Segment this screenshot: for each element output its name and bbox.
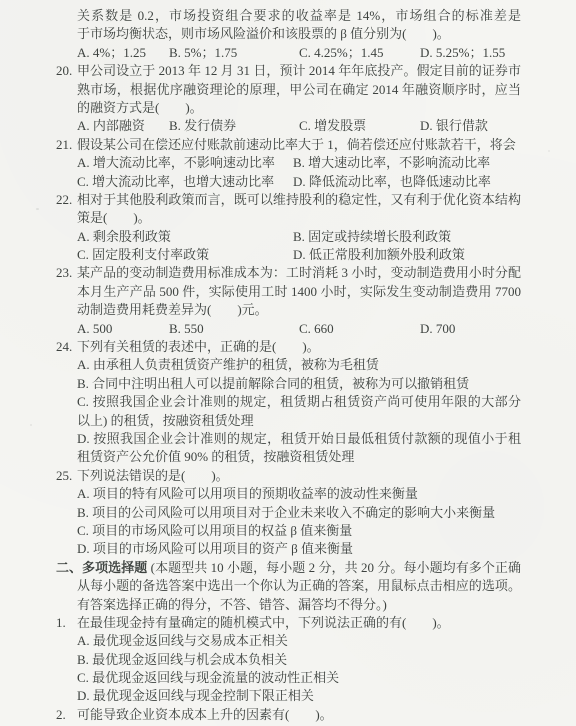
text-line: 二、多项选择题 (本题型共 10 小题，每小题 2 分，共 20 分。每小题均有… bbox=[56, 559, 521, 577]
line-text: C. 按照我国企业会计准则的规定，租赁期占租赁资产尚可使用年限的大部分 (75%… bbox=[77, 393, 521, 411]
option-cell: C. 660 bbox=[299, 320, 420, 338]
question-number bbox=[56, 430, 77, 448]
option-cell: D. 银行借款 bbox=[420, 117, 521, 135]
option-cell: A. 500 bbox=[77, 320, 169, 338]
line-segment: 动制造费用耗费差异为( )元。 bbox=[77, 302, 268, 317]
option-cell: D. 5.25%；1.55 bbox=[420, 44, 521, 62]
options-line: A. 4%；1.25B. 5%；1.75C. 4.25%；1.45D. 5.25… bbox=[56, 44, 521, 62]
option-cell: D. 低正常股利加额外股利政策 bbox=[293, 246, 521, 264]
question-number: 2. bbox=[56, 706, 77, 724]
question-number bbox=[56, 228, 77, 246]
line-segment: 有答案选择正确的得分，不答、错答、漏答均不得分。) bbox=[77, 597, 387, 612]
question-number: 21. bbox=[56, 136, 77, 154]
line-text: 的融资方式是( )。 bbox=[77, 99, 521, 117]
line-segment: 甲公司设立于 2013 年 12 月 31 日，预计 2014 年年底投产。假定… bbox=[77, 63, 521, 80]
option-cell: A. 内部融资 bbox=[77, 117, 169, 135]
text-line: C. 项目的市场风险可以用项目的权益 β 值来衡量 bbox=[56, 522, 521, 540]
line-segment: 在最佳现金持有量确定的随机模式中，下列说法正确的有( )。 bbox=[77, 615, 450, 630]
option-cell: B. 固定或持续增长股利政策 bbox=[293, 228, 521, 246]
question-number bbox=[56, 669, 77, 687]
option-cell: A. 4%；1.25 bbox=[77, 44, 169, 62]
question-number bbox=[56, 412, 77, 430]
question-number bbox=[56, 301, 77, 319]
options-row: C. 固定股利支付率政策D. 低正常股利加额外股利政策 bbox=[77, 246, 521, 264]
question-number bbox=[56, 485, 77, 503]
options-line: A. 内部融资B. 发行债券C. 增发股票D. 银行借款 bbox=[56, 117, 521, 135]
question-number: 23. bbox=[56, 264, 77, 282]
options-line: C. 增大流动比率，也增大速动比率D. 降低流动比率，也降低速动比率 bbox=[56, 173, 521, 191]
text-line: D. 项目的市场风险可以用项目的资产 β 值来衡量 bbox=[56, 540, 521, 558]
question-number bbox=[56, 448, 77, 466]
question-number bbox=[56, 522, 77, 540]
text-line: A. 最优现金返回线与交易成本正相关 bbox=[56, 632, 521, 650]
options-row: A. 4%；1.25B. 5%；1.75C. 4.25%；1.45D. 5.25… bbox=[77, 44, 521, 62]
line-segment: B. 合同中注明出租人可以提前解除合同的租赁，被称为可以撤销租赁 bbox=[77, 376, 469, 391]
text-line: 熟市场，根据优序融资理论的原理，甲公司在确定 2014 年融资顺序时，应当优先考… bbox=[56, 81, 521, 99]
line-segment: 某产品的变动制造费用标准成本为：工时消耗 3 小时，变动制造费用小时分配率 5 … bbox=[77, 265, 521, 282]
line-text: B. 最优现金返回线与机会成本负相关 bbox=[77, 651, 521, 669]
line-text: D. 最优现金返回线与现金控制下限正相关 bbox=[77, 687, 521, 705]
line-text: 下列有关租赁的表述中，正确的是( )。 bbox=[77, 338, 521, 356]
line-text: 熟市场，根据优序融资理论的原理，甲公司在确定 2014 年融资顺序时，应当优先考… bbox=[77, 81, 521, 99]
option-cell: C. 固定股利支付率政策 bbox=[77, 246, 293, 264]
line-segment: 熟市场，根据优序融资理论的原理，甲公司在确定 2014 年融资顺序时，应当优先考… bbox=[77, 82, 521, 99]
line-text: 多项选择题 (本题型共 10 小题，每小题 2 分，共 20 分。每小题均有多个… bbox=[82, 559, 521, 577]
question-number bbox=[56, 117, 77, 135]
line-segment: C. 最优现金返回线与现金流量的波动性正相关 bbox=[77, 670, 339, 685]
text-line: 关系数是 0.2，市场投资组合要求的收益率是 14%，市场组合的标准差是 4%，… bbox=[56, 7, 521, 25]
line-segment: 以上) 的租赁，按融资租赁处理 bbox=[77, 413, 254, 428]
question-number bbox=[56, 209, 77, 227]
line-text: C. 项目的市场风险可以用项目的权益 β 值来衡量 bbox=[77, 522, 521, 540]
text-line: D. 按照我国企业会计准则的规定，租赁开始日最低租赁付款额的现值小于租赁开始日 bbox=[56, 430, 521, 448]
option-cell: D. 700 bbox=[420, 320, 521, 338]
options-row: A. 增大流动比率，不影响速动比率B. 增大速动比率，不影响流动比率 bbox=[77, 154, 521, 172]
question-number: 22. bbox=[56, 191, 77, 209]
line-segment: D. 最优现金返回线与现金控制下限正相关 bbox=[77, 688, 314, 703]
question-number bbox=[56, 99, 77, 117]
text-line: 动制造费用耗费差异为( )元。 bbox=[56, 301, 521, 319]
text-line: 有答案选择正确的得分，不答、错答、漏答均不得分。) bbox=[56, 596, 521, 614]
text-line: 以上) 的租赁，按融资租赁处理 bbox=[56, 412, 521, 430]
question-number: 24. bbox=[56, 338, 77, 356]
question-number bbox=[56, 283, 77, 301]
scan-speckle bbox=[30, 424, 32, 426]
options-line: A. 增大流动比率，不影响速动比率B. 增大速动比率，不影响流动比率 bbox=[56, 154, 521, 172]
text-line: 于市场均衡状态，则市场风险溢价和该股票的 β 值分别为( )。 bbox=[56, 25, 521, 43]
line-segment: 本月生产产品 500 件，实际使用工时 1400 小时，实际发生变动制造费用 7… bbox=[77, 284, 521, 301]
question-number bbox=[56, 154, 77, 172]
line-text: 可能导致企业资本成本上升的因素有( )。 bbox=[77, 706, 521, 724]
line-text: 关系数是 0.2，市场投资组合要求的收益率是 14%，市场组合的标准差是 4%，… bbox=[77, 7, 521, 25]
question-number bbox=[56, 375, 77, 393]
question-number: 1. bbox=[56, 614, 77, 632]
question-number bbox=[56, 393, 77, 411]
line-text: D. 项目的市场风险可以用项目的资产 β 值来衡量 bbox=[77, 540, 521, 558]
options-row: A. 500B. 550C. 660D. 700 bbox=[77, 320, 521, 338]
question-number: 25. bbox=[56, 467, 77, 485]
option-cell: C. 增大流动比率，也增大速动比率 bbox=[77, 173, 293, 191]
text-line: 22.相对于其他股利政策而言，既可以维持股利的稳定性，又有利于优化资本结构的股利… bbox=[56, 191, 521, 209]
line-segment: A. 由承租人负责租赁资产维护的租赁，被称为毛租赁 bbox=[77, 357, 379, 372]
line-segment: A. 项目的特有风险可以用项目的预期收益率的波动性来衡量 bbox=[77, 486, 418, 501]
text-line: A. 项目的特有风险可以用项目的预期收益率的波动性来衡量 bbox=[56, 485, 521, 503]
options-row: A. 剩余股利政策B. 固定或持续增长股利政策 bbox=[77, 228, 521, 246]
line-text: 策是( )。 bbox=[77, 209, 521, 227]
option-cell: A. 剩余股利政策 bbox=[77, 228, 293, 246]
question-number bbox=[56, 632, 77, 650]
line-text: B. 合同中注明出租人可以提前解除合同的租赁，被称为可以撤销租赁 bbox=[77, 375, 521, 393]
option-cell: B. 增大速动比率，不影响流动比率 bbox=[293, 154, 521, 172]
text-line: 本月生产产品 500 件，实际使用工时 1400 小时，实际发生变动制造费用 7… bbox=[56, 283, 521, 301]
line-segment: 于市场均衡状态，则市场风险溢价和该股票的 β 值分别为( )。 bbox=[77, 26, 450, 41]
scan-speckle bbox=[548, 150, 550, 152]
line-segment: 关系数是 0.2，市场投资组合要求的收益率是 14%，市场组合的标准差是 4%，… bbox=[77, 8, 521, 25]
text-line: B. 合同中注明出租人可以提前解除合同的租赁，被称为可以撤销租赁 bbox=[56, 375, 521, 393]
option-cell: B. 发行债券 bbox=[169, 117, 299, 135]
line-text: 某产品的变动制造费用标准成本为：工时消耗 3 小时，变动制造费用小时分配率 5 … bbox=[77, 264, 521, 282]
text-line: C. 按照我国企业会计准则的规定，租赁期占租赁资产尚可使用年限的大部分 (75%… bbox=[56, 393, 521, 411]
options-line: A. 500B. 550C. 660D. 700 bbox=[56, 320, 521, 338]
text-line: 24.下列有关租赁的表述中，正确的是( )。 bbox=[56, 338, 521, 356]
line-segment: 相对于其他股利政策而言，既可以维持股利的稳定性，又有利于优化资本结构的股利政 bbox=[77, 192, 521, 209]
text-line: 租赁资产公允价值 90% 的租赁，按融资租赁处理 bbox=[56, 448, 521, 466]
line-text: 以上) 的租赁，按融资租赁处理 bbox=[77, 412, 521, 430]
line-segment: 可能导致企业资本成本上升的因素有( )。 bbox=[77, 707, 333, 722]
options-line: A. 剩余股利政策B. 固定或持续增长股利政策 bbox=[56, 228, 521, 246]
line-text: 下列说法错误的是( )。 bbox=[77, 467, 521, 485]
line-text: 相对于其他股利政策而言，既可以维持股利的稳定性，又有利于优化资本结构的股利政 bbox=[77, 191, 521, 209]
line-segment: 假设某公司在偿还应付账款前速动比率大于 1，倘若偿还应付账款若干，将会( )。 bbox=[77, 137, 516, 154]
line-text: 有答案选择正确的得分，不答、错答、漏答均不得分。) bbox=[77, 596, 521, 614]
option-cell: D. 降低流动比率，也降低速动比率 bbox=[293, 173, 521, 191]
line-text: 租赁资产公允价值 90% 的租赁，按融资租赁处理 bbox=[77, 448, 521, 466]
options-row: A. 内部融资B. 发行债券C. 增发股票D. 银行借款 bbox=[77, 117, 521, 135]
text-line: 2.可能导致企业资本成本上升的因素有( )。 bbox=[56, 706, 521, 724]
text-line: A. 由承租人负责租赁资产维护的租赁，被称为毛租赁 bbox=[56, 356, 521, 374]
question-number bbox=[56, 7, 77, 25]
option-cell: B. 550 bbox=[169, 320, 299, 338]
question-number bbox=[56, 44, 77, 62]
text-line: 策是( )。 bbox=[56, 209, 521, 227]
line-segment: 从每小题的备选答案中选出一个你认为正确的答案，用鼠标点击相应的选项。每小题所 bbox=[77, 578, 521, 595]
text-line: 25.下列说法错误的是( )。 bbox=[56, 467, 521, 485]
question-number bbox=[56, 356, 77, 374]
line-segment: B. 项目的公司风险可以用项目对于企业未来收入不确定的影响大小来衡量 bbox=[77, 505, 495, 520]
line-segment: A. 最优现金返回线与交易成本正相关 bbox=[77, 633, 288, 648]
question-number bbox=[56, 651, 77, 669]
option-cell: B. 5%；1.75 bbox=[169, 44, 299, 62]
line-text: A. 最优现金返回线与交易成本正相关 bbox=[77, 632, 521, 650]
option-cell: C. 4.25%；1.45 bbox=[299, 44, 420, 62]
text-line: 23.某产品的变动制造费用标准成本为：工时消耗 3 小时，变动制造费用小时分配率… bbox=[56, 264, 521, 282]
question-number bbox=[56, 577, 77, 595]
line-segment: 下列有关租赁的表述中，正确的是( )。 bbox=[77, 339, 320, 354]
exam-page: 关系数是 0.2，市场投资组合要求的收益率是 14%，市场组合的标准差是 4%，… bbox=[0, 0, 576, 726]
document-body: 关系数是 0.2，市场投资组合要求的收益率是 14%，市场组合的标准差是 4%，… bbox=[56, 7, 521, 724]
line-text: 动制造费用耗费差异为( )元。 bbox=[77, 301, 521, 319]
question-number bbox=[56, 246, 77, 264]
line-text: D. 按照我国企业会计准则的规定，租赁开始日最低租赁付款额的现值小于租赁开始日 bbox=[77, 430, 521, 448]
line-text: A. 由承租人负责租赁资产维护的租赁，被称为毛租赁 bbox=[77, 356, 521, 374]
text-line: 20.甲公司设立于 2013 年 12 月 31 日，预计 2014 年年底投产… bbox=[56, 62, 521, 80]
line-text: C. 最优现金返回线与现金流量的波动性正相关 bbox=[77, 669, 521, 687]
question-number bbox=[56, 25, 77, 43]
text-line: B. 最优现金返回线与机会成本负相关 bbox=[56, 651, 521, 669]
question-number bbox=[56, 173, 77, 191]
line-segment: C. 按照我国企业会计准则的规定，租赁期占租赁资产尚可使用年限的大部分 (75%… bbox=[77, 394, 521, 411]
line-text: 从每小题的备选答案中选出一个你认为正确的答案，用鼠标点击相应的选项。每小题所 bbox=[77, 577, 521, 595]
question-number bbox=[56, 540, 77, 558]
question-number bbox=[56, 320, 77, 338]
question-number: 二、 bbox=[56, 559, 82, 577]
text-line: 的融资方式是( )。 bbox=[56, 99, 521, 117]
text-line: C. 最优现金返回线与现金流量的波动性正相关 bbox=[56, 669, 521, 687]
line-text: 于市场均衡状态，则市场风险溢价和该股票的 β 值分别为( )。 bbox=[77, 25, 521, 43]
question-number bbox=[56, 504, 77, 522]
options-line: C. 固定股利支付率政策D. 低正常股利加额外股利政策 bbox=[56, 246, 521, 264]
line-segment: B. 最优现金返回线与机会成本负相关 bbox=[77, 652, 287, 667]
question-number: 20. bbox=[56, 62, 77, 80]
line-segment: 策是( )。 bbox=[77, 210, 151, 225]
line-segment: D. 项目的市场风险可以用项目的资产 β 值来衡量 bbox=[77, 541, 353, 556]
line-text: 假设某公司在偿还应付账款前速动比率大于 1，倘若偿还应付账款若干，将会( )。 bbox=[77, 136, 521, 154]
question-number bbox=[56, 81, 77, 99]
line-segment: (本题型共 10 小题，每小题 2 分，共 20 分。每小题均有多个正确答案，请 bbox=[82, 560, 521, 577]
line-segment: 的融资方式是( )。 bbox=[77, 100, 203, 115]
question-number bbox=[56, 687, 77, 705]
line-text: 本月生产产品 500 件，实际使用工时 1400 小时，实际发生变动制造费用 7… bbox=[77, 283, 521, 301]
text-line: B. 项目的公司风险可以用项目对于企业未来收入不确定的影响大小来衡量 bbox=[56, 504, 521, 522]
text-line: 21.假设某公司在偿还应付账款前速动比率大于 1，倘若偿还应付账款若干，将会( … bbox=[56, 136, 521, 154]
option-cell: C. 增发股票 bbox=[299, 117, 420, 135]
text-line: 从每小题的备选答案中选出一个你认为正确的答案，用鼠标点击相应的选项。每小题所 bbox=[56, 577, 521, 595]
line-segment: D. 按照我国企业会计准则的规定，租赁开始日最低租赁付款额的现值小于租赁开始日 bbox=[77, 431, 521, 448]
line-segment: C. 项目的市场风险可以用项目的权益 β 值来衡量 bbox=[77, 523, 352, 538]
text-line: D. 最优现金返回线与现金控制下限正相关 bbox=[56, 687, 521, 705]
option-cell: A. 增大流动比率，不影响速动比率 bbox=[77, 154, 293, 172]
scan-speckle bbox=[36, 208, 39, 210]
question-number bbox=[56, 596, 77, 614]
text-line: 1.在最佳现金持有量确定的随机模式中，下列说法正确的有( )。 bbox=[56, 614, 521, 632]
line-text: B. 项目的公司风险可以用项目对于企业未来收入不确定的影响大小来衡量 bbox=[77, 504, 521, 522]
line-text: 甲公司设立于 2013 年 12 月 31 日，预计 2014 年年底投产。假定… bbox=[77, 62, 521, 80]
line-segment: 租赁资产公允价值 90% 的租赁，按融资租赁处理 bbox=[77, 449, 354, 464]
line-text: A. 项目的特有风险可以用项目的预期收益率的波动性来衡量 bbox=[77, 485, 521, 503]
options-row: C. 增大流动比率，也增大速动比率D. 降低流动比率，也降低速动比率 bbox=[77, 173, 521, 191]
line-segment: 下列说法错误的是( )。 bbox=[77, 468, 229, 483]
section-title-text: 多项选择题 bbox=[82, 560, 147, 575]
line-text: 在最佳现金持有量确定的随机模式中，下列说法正确的有( )。 bbox=[77, 614, 521, 632]
